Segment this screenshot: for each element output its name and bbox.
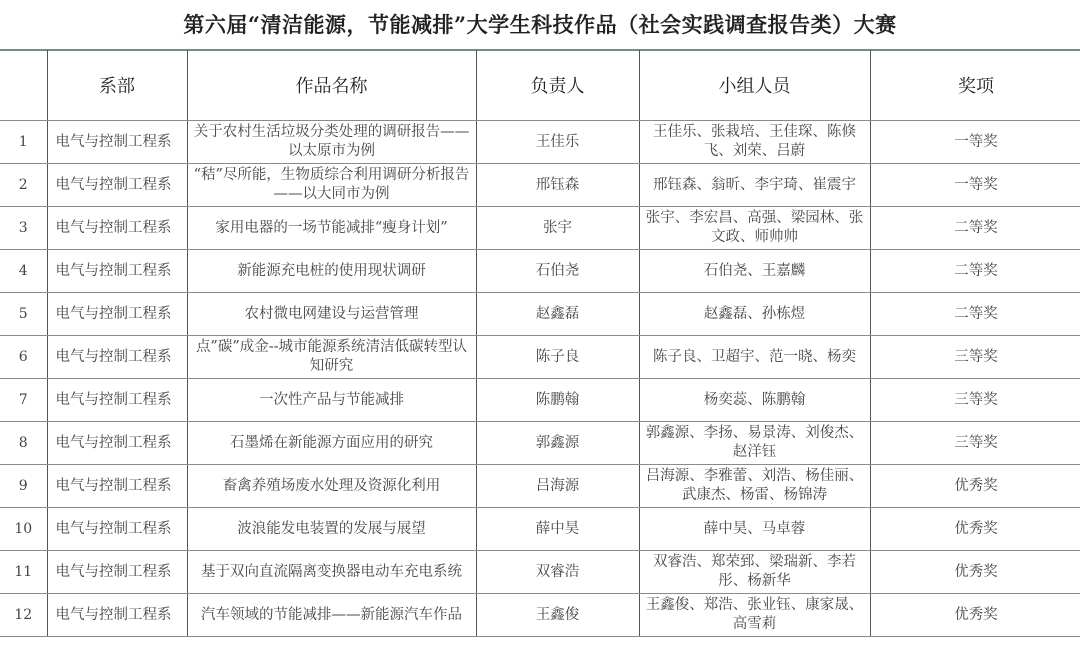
- column-header-members: 小组人员: [639, 50, 870, 121]
- cell-leader: 郭鑫源: [476, 422, 639, 465]
- cell-members: 薛中昊、马卓蓉: [639, 508, 870, 551]
- cell-no: 5: [0, 293, 47, 336]
- cell-no: 10: [0, 508, 47, 551]
- cell-award: 一等奖: [870, 164, 1080, 207]
- cell-leader: 薛中昊: [476, 508, 639, 551]
- column-header-no: [0, 50, 47, 121]
- cell-leader: 吕海源: [476, 465, 639, 508]
- cell-leader: 陈子良: [476, 336, 639, 379]
- cell-award: 优秀奖: [870, 508, 1080, 551]
- cell-work: 基于双向直流隔离变换器电动车充电系统: [187, 551, 476, 594]
- cell-dept: 电气与控制工程系: [47, 336, 187, 379]
- table-row: 11 电气与控制工程系 基于双向直流隔离变换器电动车充电系统 双睿浩 双睿浩、郑…: [0, 551, 1080, 594]
- cell-dept: 电气与控制工程系: [47, 164, 187, 207]
- cell-award: 三等奖: [870, 336, 1080, 379]
- cell-members: 杨奕蕊、陈鹏翰: [639, 379, 870, 422]
- cell-award: 三等奖: [870, 379, 1080, 422]
- table-row: 5 电气与控制工程系 农村微电网建设与运营管理 赵鑫磊 赵鑫磊、孙栋煜 二等奖: [0, 293, 1080, 336]
- cell-members: 张宇、李宏昌、高强、梁园林、张文政、师帅帅: [639, 207, 870, 250]
- cell-dept: 电气与控制工程系: [47, 293, 187, 336]
- column-header-dept: 系部: [47, 50, 187, 121]
- cell-work: 农村微电网建设与运营管理: [187, 293, 476, 336]
- cell-dept: 电气与控制工程系: [47, 594, 187, 637]
- cell-no: 4: [0, 250, 47, 293]
- cell-no: 3: [0, 207, 47, 250]
- cell-dept: 电气与控制工程系: [47, 508, 187, 551]
- table-row: 1 电气与控制工程系 关于农村生活垃圾分类处理的调研报告——以太原市为例 王佳乐…: [0, 121, 1080, 164]
- cell-work: 畜禽养殖场废水处理及资源化利用: [187, 465, 476, 508]
- cell-members: 郭鑫源、李扬、易景涛、刘俊杰、赵洋钰: [639, 422, 870, 465]
- cell-leader: 张宇: [476, 207, 639, 250]
- cell-work: 一次性产品与节能减排: [187, 379, 476, 422]
- cell-no: 9: [0, 465, 47, 508]
- cell-members: 石伯尧、王嘉麟: [639, 250, 870, 293]
- cell-no: 7: [0, 379, 47, 422]
- cell-no: 2: [0, 164, 47, 207]
- cell-dept: 电气与控制工程系: [47, 422, 187, 465]
- cell-award: 三等奖: [870, 422, 1080, 465]
- cell-no: 8: [0, 422, 47, 465]
- table-row: 4 电气与控制工程系 新能源充电桩的使用现状调研 石伯尧 石伯尧、王嘉麟 二等奖: [0, 250, 1080, 293]
- table-row: 7 电气与控制工程系 一次性产品与节能减排 陈鹏翰 杨奕蕊、陈鹏翰 三等奖: [0, 379, 1080, 422]
- cell-dept: 电气与控制工程系: [47, 551, 187, 594]
- table-row: 8 电气与控制工程系 石墨烯在新能源方面应用的研究 郭鑫源 郭鑫源、李扬、易景涛…: [0, 422, 1080, 465]
- cell-members: 王鑫俊、郑浩、张业钰、康家晟、高雪莉: [639, 594, 870, 637]
- cell-work: 关于农村生活垃圾分类处理的调研报告——以太原市为例: [187, 121, 476, 164]
- table-body: 1 电气与控制工程系 关于农村生活垃圾分类处理的调研报告——以太原市为例 王佳乐…: [0, 121, 1080, 637]
- cell-members: 邢钰森、翁昕、李宇琦、崔震宇: [639, 164, 870, 207]
- cell-leader: 王鑫俊: [476, 594, 639, 637]
- cell-leader: 陈鹏翰: [476, 379, 639, 422]
- cell-members: 吕海源、李雅蕾、刘浩、杨佳丽、武康杰、杨雷、杨锦涛: [639, 465, 870, 508]
- cell-dept: 电气与控制工程系: [47, 207, 187, 250]
- table-row: 2 电气与控制工程系 “秸”尽所能，生物质综合利用调研分析报告——以大同市为例 …: [0, 164, 1080, 207]
- cell-dept: 电气与控制工程系: [47, 379, 187, 422]
- cell-award: 优秀奖: [870, 594, 1080, 637]
- cell-award: 二等奖: [870, 207, 1080, 250]
- cell-members: 双睿浩、郑荣郅、梁瑞新、李若彤、杨新华: [639, 551, 870, 594]
- table-row: 3 电气与控制工程系 家用电器的一场节能减排“瘦身计划” 张宇 张宇、李宏昌、高…: [0, 207, 1080, 250]
- table-header-row: 系部 作品名称 负责人 小组人员 奖项: [0, 50, 1080, 121]
- cell-work: 石墨烯在新能源方面应用的研究: [187, 422, 476, 465]
- cell-work: 汽车领域的节能减排——新能源汽车作品: [187, 594, 476, 637]
- awards-table-container: 系部 作品名称 负责人 小组人员 奖项 1 电气与控制工程系 关于农村生活垃圾分…: [0, 50, 1080, 637]
- cell-award: 优秀奖: [870, 551, 1080, 594]
- cell-leader: 赵鑫磊: [476, 293, 639, 336]
- cell-members: 赵鑫磊、孙栋煜: [639, 293, 870, 336]
- cell-work: 点”碳”成金--城市能源系统清洁低碳转型认知研究: [187, 336, 476, 379]
- cell-work: “秸”尽所能，生物质综合利用调研分析报告——以大同市为例: [187, 164, 476, 207]
- cell-dept: 电气与控制工程系: [47, 465, 187, 508]
- cell-no: 6: [0, 336, 47, 379]
- column-header-work: 作品名称: [187, 50, 476, 121]
- cell-award: 二等奖: [870, 250, 1080, 293]
- cell-members: 王佳乐、张栽培、王佳琛、陈倏飞、刘荣、吕蔚: [639, 121, 870, 164]
- table-row: 10 电气与控制工程系 波浪能发电装置的发展与展望 薛中昊 薛中昊、马卓蓉 优秀…: [0, 508, 1080, 551]
- cell-leader: 邢钰森: [476, 164, 639, 207]
- cell-no: 1: [0, 121, 47, 164]
- cell-leader: 双睿浩: [476, 551, 639, 594]
- cell-no: 11: [0, 551, 47, 594]
- cell-dept: 电气与控制工程系: [47, 121, 187, 164]
- cell-leader: 石伯尧: [476, 250, 639, 293]
- cell-award: 一等奖: [870, 121, 1080, 164]
- document-title: 第六届“清洁能源，节能减排”大学生科技作品（社会实践调查报告类）大赛: [0, 10, 1080, 40]
- cell-work: 波浪能发电装置的发展与展望: [187, 508, 476, 551]
- cell-dept: 电气与控制工程系: [47, 250, 187, 293]
- awards-table: 系部 作品名称 负责人 小组人员 奖项 1 电气与控制工程系 关于农村生活垃圾分…: [0, 50, 1080, 637]
- cell-award: 优秀奖: [870, 465, 1080, 508]
- cell-no: 12: [0, 594, 47, 637]
- column-header-award: 奖项: [870, 50, 1080, 121]
- column-header-leader: 负责人: [476, 50, 639, 121]
- cell-work: 新能源充电桩的使用现状调研: [187, 250, 476, 293]
- cell-work: 家用电器的一场节能减排“瘦身计划”: [187, 207, 476, 250]
- table-row: 9 电气与控制工程系 畜禽养殖场废水处理及资源化利用 吕海源 吕海源、李雅蕾、刘…: [0, 465, 1080, 508]
- table-row: 12 电气与控制工程系 汽车领域的节能减排——新能源汽车作品 王鑫俊 王鑫俊、郑…: [0, 594, 1080, 637]
- cell-award: 二等奖: [870, 293, 1080, 336]
- table-row: 6 电气与控制工程系 点”碳”成金--城市能源系统清洁低碳转型认知研究 陈子良 …: [0, 336, 1080, 379]
- cell-members: 陈子良、卫超宇、范一晓、杨奕: [639, 336, 870, 379]
- cell-leader: 王佳乐: [476, 121, 639, 164]
